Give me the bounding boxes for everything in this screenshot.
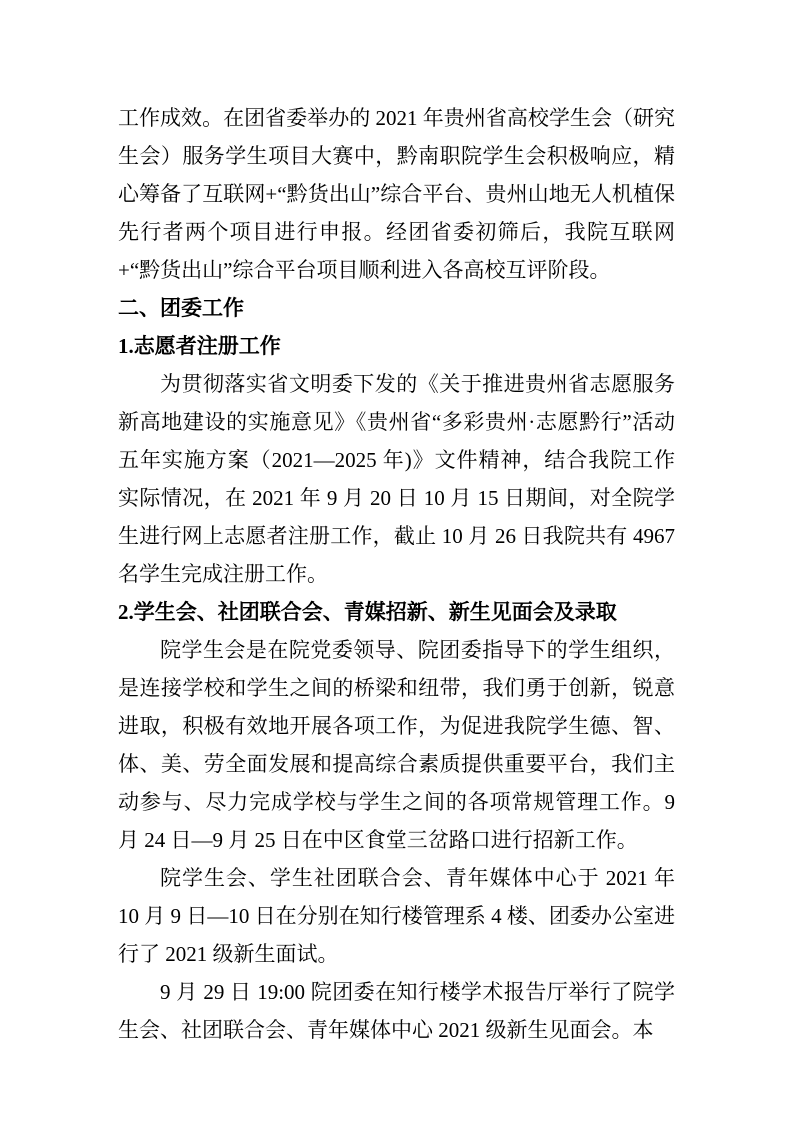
body-paragraph: 9 月 29 日 19:00 院团委在知行楼学术报告厅举行了院学生会、社团联合会… (118, 973, 675, 1049)
body-paragraph: 为贯彻落实省文明委下发的《关于推进贵州省志愿服务新高地建设的实施意见》《贵州省“… (118, 365, 675, 593)
section-heading: 1.志愿者注册工作 (118, 327, 675, 365)
body-paragraph: 院学生会、学生社团联合会、青年媒体中心于 2021 年 10 月 9 日—10 … (118, 859, 675, 973)
document-page: 工作成效。在团省委举办的 2021 年贵州省高校学生会（研究生会）服务学生项目大… (0, 0, 793, 1122)
body-paragraph: 工作成效。在团省委举办的 2021 年贵州省高校学生会（研究生会）服务学生项目大… (118, 99, 675, 289)
body-paragraph: 院学生会是在院党委领导、院团委指导下的学生组织，是连接学校和学生之间的桥梁和纽带… (118, 631, 675, 859)
document-body: 工作成效。在团省委举办的 2021 年贵州省高校学生会（研究生会）服务学生项目大… (118, 99, 675, 1049)
section-heading: 二、团委工作 (118, 289, 675, 327)
section-heading: 2.学生会、社团联合会、青媒招新、新生见面会及录取 (118, 593, 675, 631)
